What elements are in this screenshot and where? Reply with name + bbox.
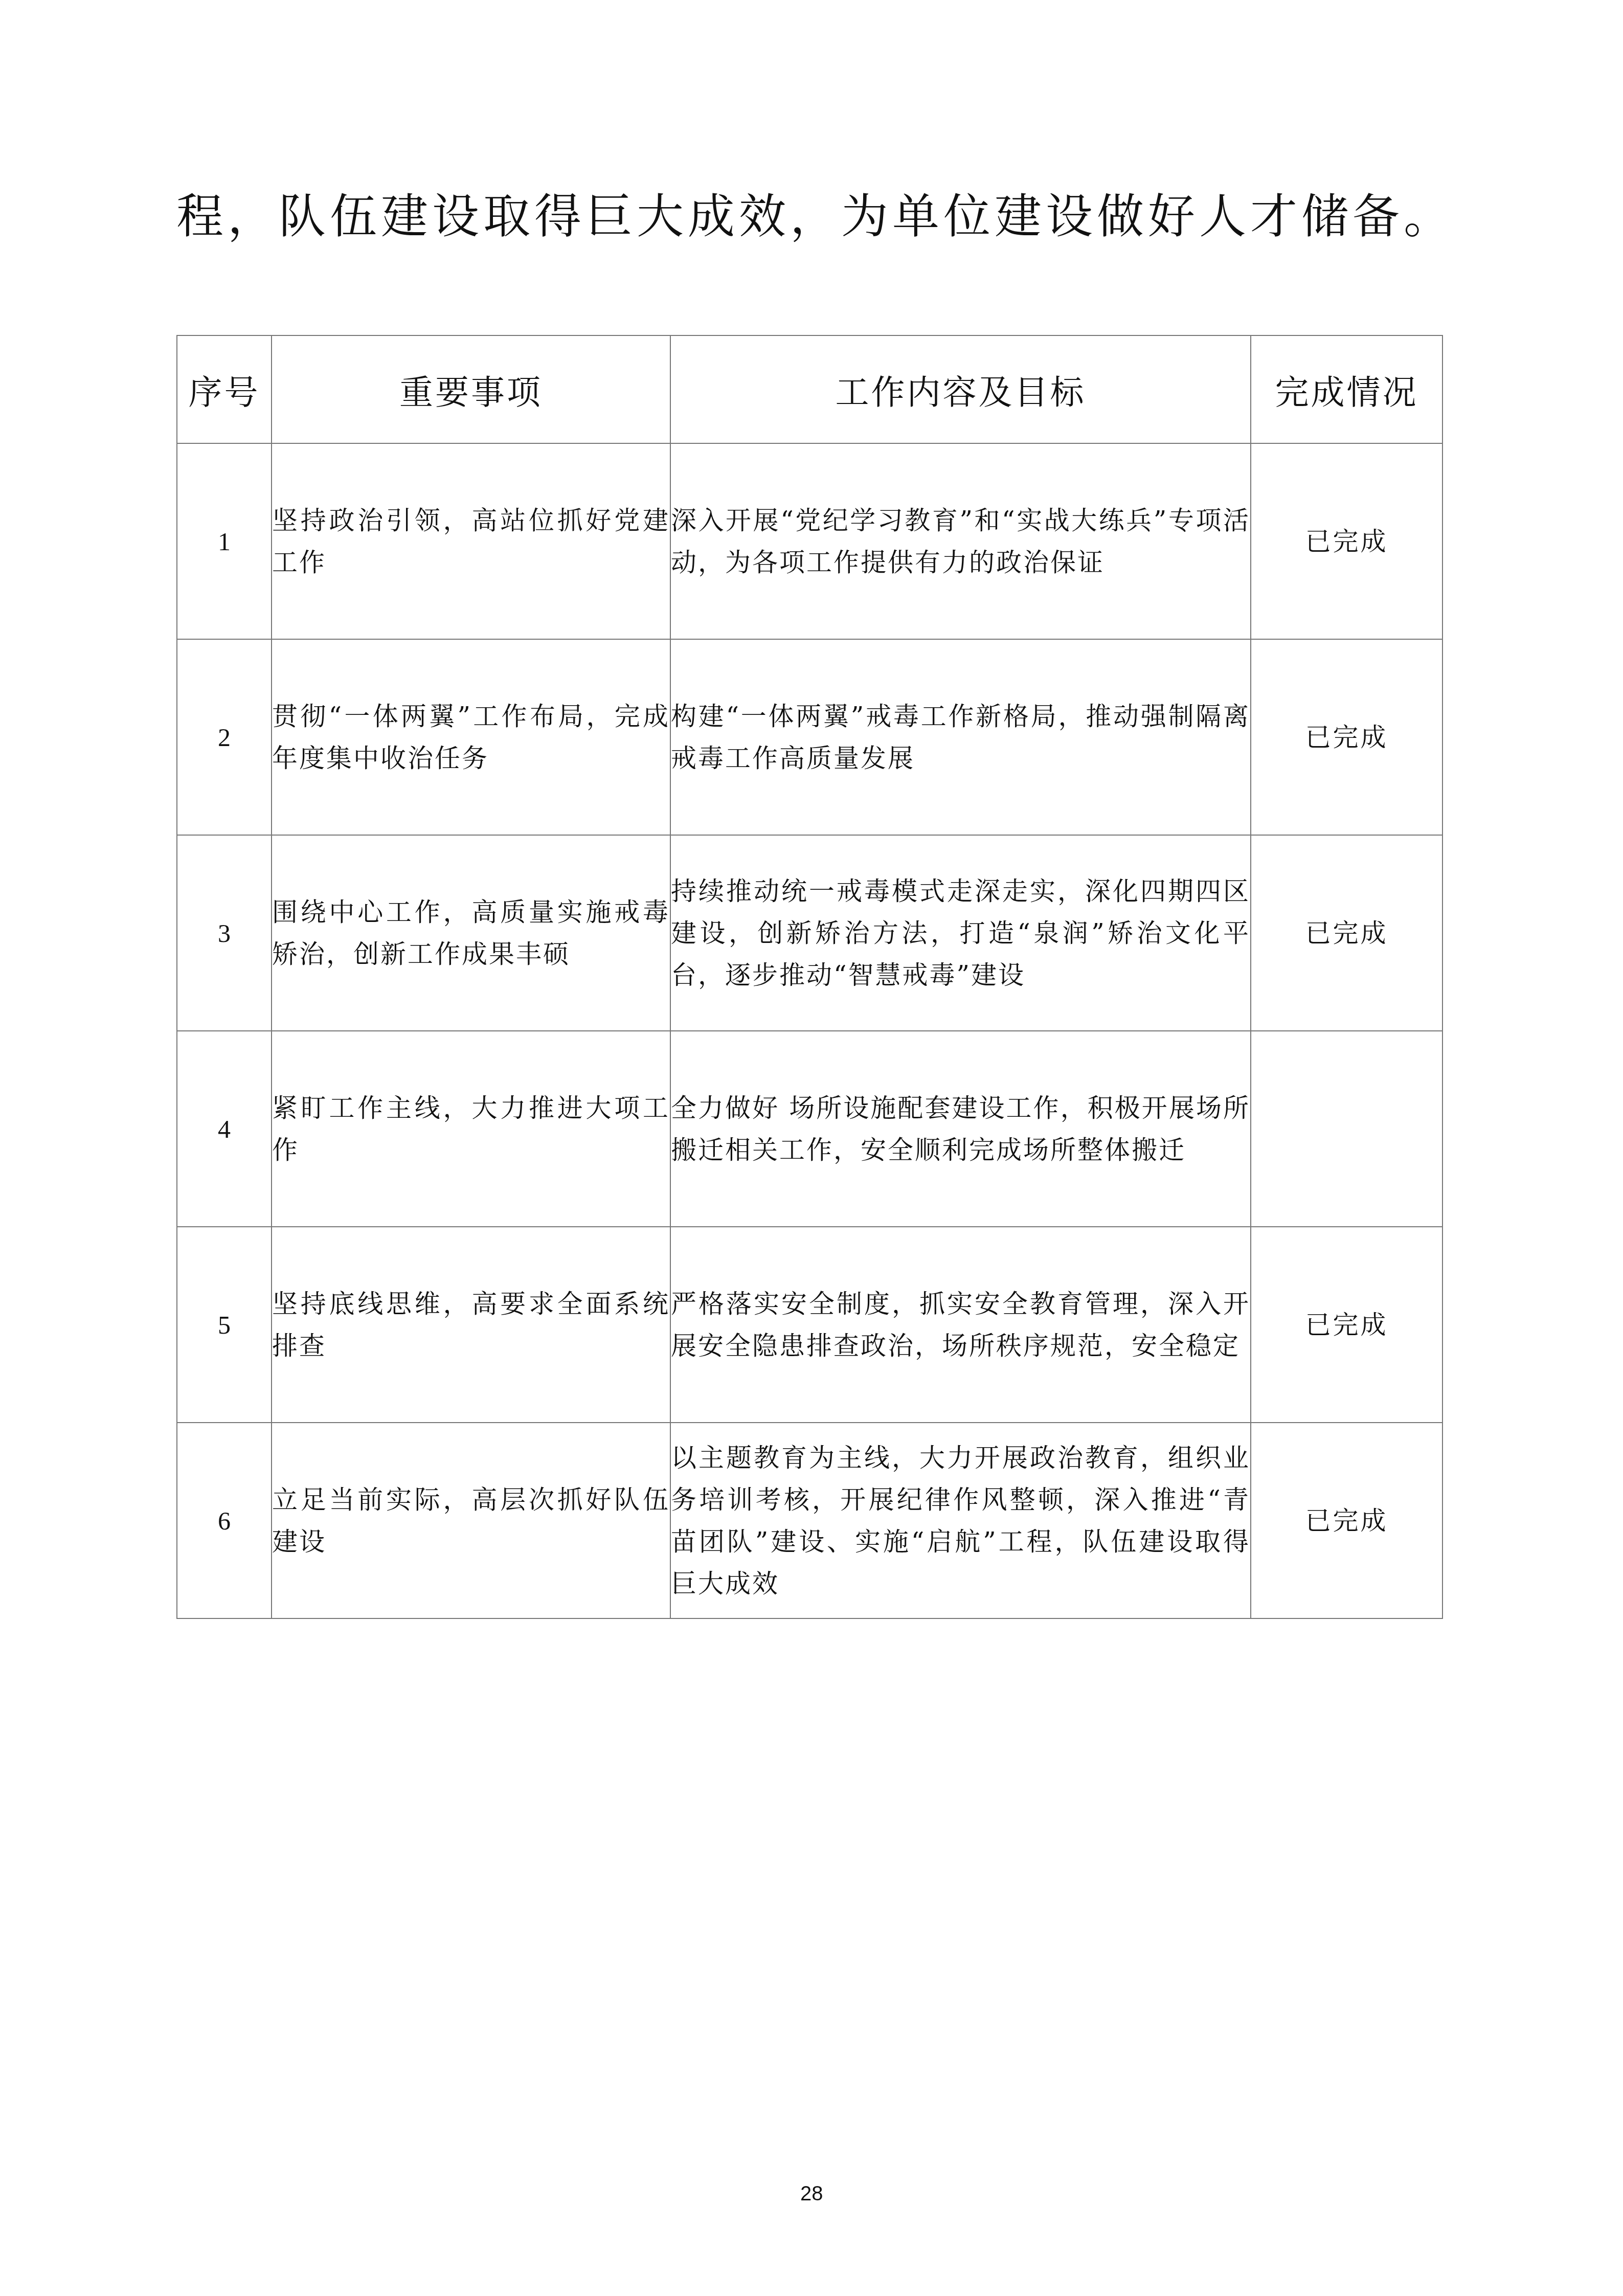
row-serial: 5	[177, 1227, 272, 1423]
row-status: 已完成	[1251, 1423, 1442, 1618]
row-serial: 4	[177, 1031, 272, 1227]
row-item: 立足当前实际，高层次抓好队伍建设	[272, 1423, 670, 1618]
table-row: 4 紧盯工作主线，大力推进大项工作 全力做好 场所设施配套建设工作，积极开展场所…	[177, 1031, 1442, 1227]
row-content: 持续推动统一戒毒模式走深走实，深化四期四区建设，创新矫治方法，打造“泉润”矫治文…	[670, 835, 1251, 1031]
header-content: 工作内容及目标	[670, 335, 1251, 443]
row-status: 已完成	[1251, 639, 1442, 835]
table-row: 1 坚持政治引领，高站位抓好党建工作 深入开展“党纪学习教育”和“实战大练兵”专…	[177, 443, 1442, 639]
table-header-row: 序号 重要事项 工作内容及目标 完成情况	[177, 335, 1442, 443]
row-serial: 2	[177, 639, 272, 835]
header-serial: 序号	[177, 335, 272, 443]
row-serial: 6	[177, 1423, 272, 1618]
row-serial: 3	[177, 835, 272, 1031]
header-item: 重要事项	[272, 335, 670, 443]
row-status	[1251, 1031, 1442, 1227]
row-content: 深入开展“党纪学习教育”和“实战大练兵”专项活动，为各项工作提供有力的政治保证	[670, 443, 1251, 639]
intro-paragraph-line: 程，队伍建设取得巨大成效，为单位建设做好人才储备。	[176, 193, 1455, 240]
row-item: 贯彻“一体两翼”工作布局，完成年度集中收治任务	[272, 639, 670, 835]
row-serial: 1	[177, 443, 272, 639]
row-item: 紧盯工作主线，大力推进大项工作	[272, 1031, 670, 1227]
row-item: 坚持底线思维，高要求全面系统排查	[272, 1227, 670, 1423]
row-content: 全力做好 场所设施配套建设工作，积极开展场所搬迁相关工作，安全顺利完成场所整体搬…	[670, 1031, 1251, 1227]
row-content: 严格落实安全制度，抓实安全教育管理，深入开展安全隐患排查政治，场所秩序规范，安全…	[670, 1227, 1251, 1423]
row-item: 围绕中心工作，高质量实施戒毒矫治，创新工作成果丰硕	[272, 835, 670, 1031]
page-number: 28	[800, 2182, 823, 2205]
work-items-table: 序号 重要事项 工作内容及目标 完成情况 1 坚持政治引领，高站位抓好党建工作 …	[176, 335, 1443, 1619]
row-status: 已完成	[1251, 835, 1442, 1031]
header-status: 完成情况	[1251, 335, 1442, 443]
table-row: 6 立足当前实际，高层次抓好队伍建设 以主题教育为主线，大力开展政治教育，组织业…	[177, 1423, 1442, 1618]
row-content: 以主题教育为主线，大力开展政治教育，组织业务培训考核，开展纪律作风整顿，深入推进…	[670, 1423, 1251, 1618]
row-status: 已完成	[1251, 443, 1442, 639]
table-row: 3 围绕中心工作，高质量实施戒毒矫治，创新工作成果丰硕 持续推动统一戒毒模式走深…	[177, 835, 1442, 1031]
row-content: 构建“一体两翼”戒毒工作新格局，推动强制隔离戒毒工作高质量发展	[670, 639, 1251, 835]
table-row: 2 贯彻“一体两翼”工作布局，完成年度集中收治任务 构建“一体两翼”戒毒工作新格…	[177, 639, 1442, 835]
row-item: 坚持政治引领，高站位抓好党建工作	[272, 443, 670, 639]
table-row: 5 坚持底线思维，高要求全面系统排查 严格落实安全制度，抓实安全教育管理，深入开…	[177, 1227, 1442, 1423]
row-status: 已完成	[1251, 1227, 1442, 1423]
